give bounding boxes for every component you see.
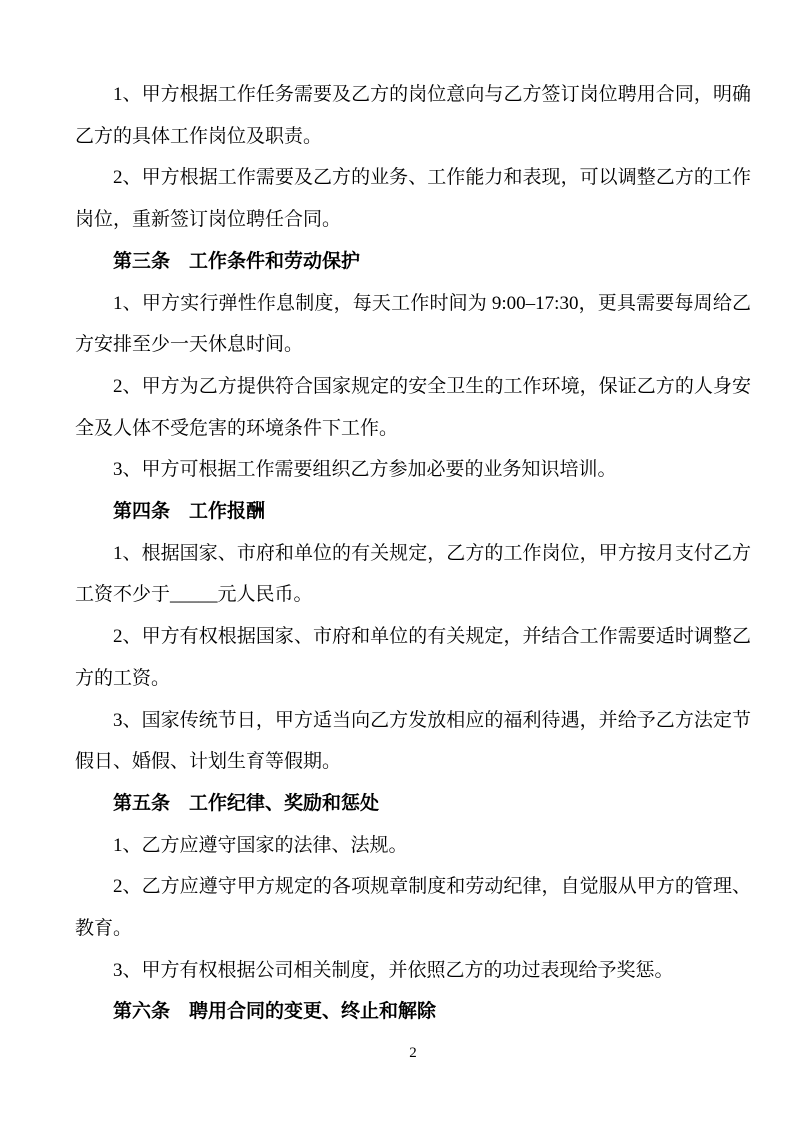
clause-heading-4: 第四条 工作报酬 — [75, 491, 751, 533]
contract-body: 1、甲方根据工作任务需要及乙方的岗位意向与乙方签订岗位聘用合同，明确乙方的具体工… — [75, 74, 751, 1033]
clause-heading-3: 第三条 工作条件和劳动保护 — [75, 241, 751, 283]
clause-item: 3、甲方可根据工作需要组织乙方参加必要的业务知识培训。 — [75, 449, 751, 491]
clause-item: 1、甲方根据工作任务需要及乙方的岗位意向与乙方签订岗位聘用合同，明确乙方的具体工… — [75, 74, 751, 157]
clause-item: 2、甲方为乙方提供符合国家规定的安全卫生的工作环境，保证乙方的人身安全及人体不受… — [75, 366, 751, 449]
clause-heading-6: 第六条 聘用合同的变更、终止和解除 — [75, 991, 751, 1033]
clause-item: 3、国家传统节日，甲方适当向乙方发放相应的福利待遇，并给予乙方法定节假日、婚假、… — [75, 700, 751, 783]
clause-heading-5: 第五条 工作纪律、奖励和惩处 — [75, 783, 751, 825]
clause-item: 1、根据国家、市府和单位的有关规定，乙方的工作岗位，甲方按月支付乙方工资不少于_… — [75, 533, 751, 616]
clause-item: 2、甲方根据工作需要及乙方的业务、工作能力和表现，可以调整乙方的工作岗位，重新签… — [75, 157, 751, 240]
page-number: 2 — [409, 1045, 417, 1061]
clause-item: 1、乙方应遵守国家的法律、法规。 — [75, 825, 751, 867]
page-footer: 2 — [75, 1038, 751, 1068]
clause-item: 2、甲方有权根据国家、市府和单位的有关规定，并结合工作需要适时调整乙方的工资。 — [75, 616, 751, 699]
clause-item: 1、甲方实行弹性作息制度，每天工作时间为 9:00–17:30，更具需要每周给乙… — [75, 283, 751, 366]
clause-item: 2、乙方应遵守甲方规定的各项规章制度和劳动纪律，自觉服从甲方的管理、教育。 — [75, 866, 751, 949]
clause-item: 3、甲方有权根据公司相关制度，并依照乙方的功过表现给予奖惩。 — [75, 950, 751, 992]
contract-page: 1、甲方根据工作任务需要及乙方的岗位意向与乙方签订岗位聘用合同，明确乙方的具体工… — [0, 0, 793, 1122]
